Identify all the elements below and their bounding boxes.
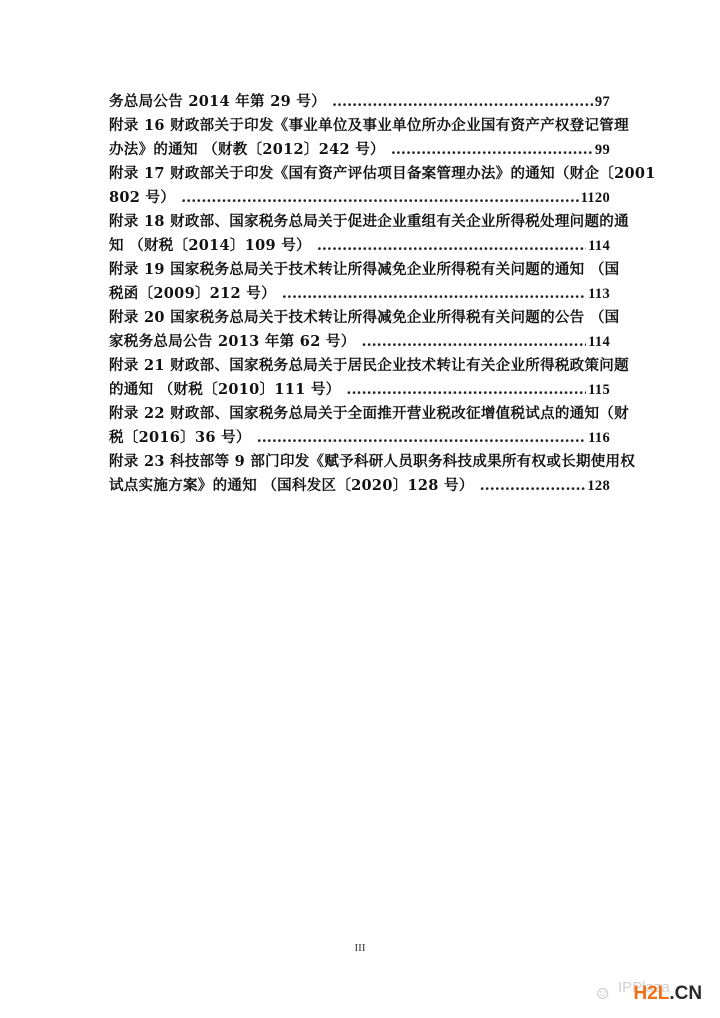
- toc-entry-line[interactable]: 办法》的通知 （财教〔2012〕242 号） 99: [109, 138, 610, 162]
- toc-entry-text: 税函〔2009〕212 号）: [109, 282, 276, 306]
- toc-entry-line[interactable]: 务总局公告 2014 年第 29 号） 97: [109, 90, 610, 114]
- toc-entry-text: 附录 18 财政部、国家税务总局关于促进企业重组有关企业所得税处理问题的通: [109, 210, 629, 234]
- toc-entry-line[interactable]: 附录 16 财政部关于印发《事业单位及事业单位所办企业国有资产产权登记管理: [109, 114, 610, 138]
- leader-dots: [257, 426, 586, 450]
- toc-entry-text: 家税务总局公告 2013 年第 62 号）: [109, 330, 356, 354]
- toc-page-number: 97: [595, 90, 610, 114]
- toc-page-number: 114: [588, 330, 610, 354]
- toc-entry-line[interactable]: 附录 20 国家税务总局关于技术转让所得减免企业所得税有关问题的公告 （国: [109, 306, 610, 330]
- toc-entry-text: 试点实施方案》的通知 （国科发区〔2020〕128 号）: [109, 474, 474, 498]
- toc-entry-line[interactable]: 附录 19 国家税务总局关于技术转让所得减免企业所得税有关问题的通知 （国: [109, 258, 610, 282]
- toc-page-number: 113: [588, 282, 610, 306]
- toc-entry-line[interactable]: 802 号） 1120: [109, 186, 610, 210]
- h2l-logo: H2L.CN: [633, 983, 702, 1005]
- leader-dots: [181, 186, 578, 210]
- toc-entry-text: 附录 22 财政部、国家税务总局关于全面推开营业税改征增值税试点的通知（财: [109, 402, 629, 426]
- toc-page-number: 128: [587, 474, 610, 498]
- toc-page-number: 99: [595, 138, 610, 162]
- page-number: III: [0, 942, 720, 954]
- toc-entry-text: 附录 23 科技部等 9 部门印发《赋予科研人员职务科技成果所有权或长期使用权: [109, 450, 635, 474]
- toc-page-number: 114: [588, 234, 610, 258]
- toc-entry-text: 附录 20 国家税务总局关于技术转让所得减免企业所得税有关问题的公告 （国: [109, 306, 619, 330]
- toc-entry-text: 税〔2016〕36 号）: [109, 426, 251, 450]
- leader-dots: [346, 378, 586, 402]
- leader-dots: [362, 330, 587, 354]
- leader-dots: [480, 474, 586, 498]
- toc-entry-text: 附录 21 财政部、国家税务总局关于居民企业技术转让有关企业所得税政策问题: [109, 354, 629, 378]
- toc-entry-line[interactable]: 附录 22 财政部、国家税务总局关于全面推开营业税改征增值税试点的通知（财: [109, 402, 610, 426]
- toc-entry-line[interactable]: 附录 18 财政部、国家税务总局关于促进企业重组有关企业所得税处理问题的通: [109, 210, 610, 234]
- leader-dots: [317, 234, 586, 258]
- toc-entry-text: 务总局公告 2014 年第 29 号）: [109, 90, 326, 114]
- toc-entry-line[interactable]: 家税务总局公告 2013 年第 62 号） 114: [109, 330, 610, 354]
- toc-entry-line[interactable]: 附录 23 科技部等 9 部门印发《赋予科研人员职务科技成果所有权或长期使用权: [109, 450, 610, 474]
- toc-entry-line[interactable]: 试点实施方案》的通知 （国科发区〔2020〕128 号） 128: [109, 474, 610, 498]
- toc-entry-line[interactable]: 税函〔2009〕212 号） 113: [109, 282, 610, 306]
- leader-dots: [391, 138, 593, 162]
- toc-entry-line[interactable]: 税〔2016〕36 号） 116: [109, 426, 610, 450]
- logo-main: H2L: [633, 983, 669, 1004]
- toc-entry-line[interactable]: 附录 17 财政部关于印发《国有资产评估项目备案管理办法》的通知（财企〔2001: [109, 162, 610, 186]
- table-of-contents: 务总局公告 2014 年第 29 号） 97 附录 16 财政部关于印发《事业单…: [109, 90, 610, 498]
- toc-entry-text: 的通知 （财税〔2010〕111 号）: [109, 378, 340, 402]
- toc-entry-text: 附录 19 国家税务总局关于技术转让所得减免企业所得税有关问题的通知 （国: [109, 258, 619, 282]
- toc-page-number: 116: [588, 426, 610, 450]
- toc-entry-text: 附录 17 财政部关于印发《国有资产评估项目备案管理办法》的通知（财企〔2001: [109, 162, 656, 186]
- toc-entry-line[interactable]: 附录 21 财政部、国家税务总局关于居民企业技术转让有关企业所得税政策问题: [109, 354, 610, 378]
- toc-entry-text: 办法》的通知 （财教〔2012〕242 号）: [109, 138, 385, 162]
- toc-entry-line[interactable]: 知 （财税〔2014〕109 号） 114: [109, 234, 610, 258]
- toc-page-number: 115: [588, 378, 610, 402]
- toc-entry-text: 附录 16 财政部关于印发《事业单位及事业单位所办企业国有资产产权登记管理: [109, 114, 629, 138]
- toc-entry-line[interactable]: 的通知 （财税〔2010〕111 号） 115: [109, 378, 610, 402]
- logo-suffix: .CN: [669, 983, 702, 1004]
- toc-page-number: 1120: [581, 186, 610, 210]
- leader-dots: [332, 90, 593, 114]
- leader-dots: [282, 282, 586, 306]
- toc-entry-text: 802 号）: [109, 186, 175, 210]
- wechat-icon: ☺: [596, 985, 609, 1003]
- watermark: ☺ IPPlaza H2L.CN: [596, 983, 702, 1005]
- toc-entry-text: 知 （财税〔2014〕109 号）: [109, 234, 311, 258]
